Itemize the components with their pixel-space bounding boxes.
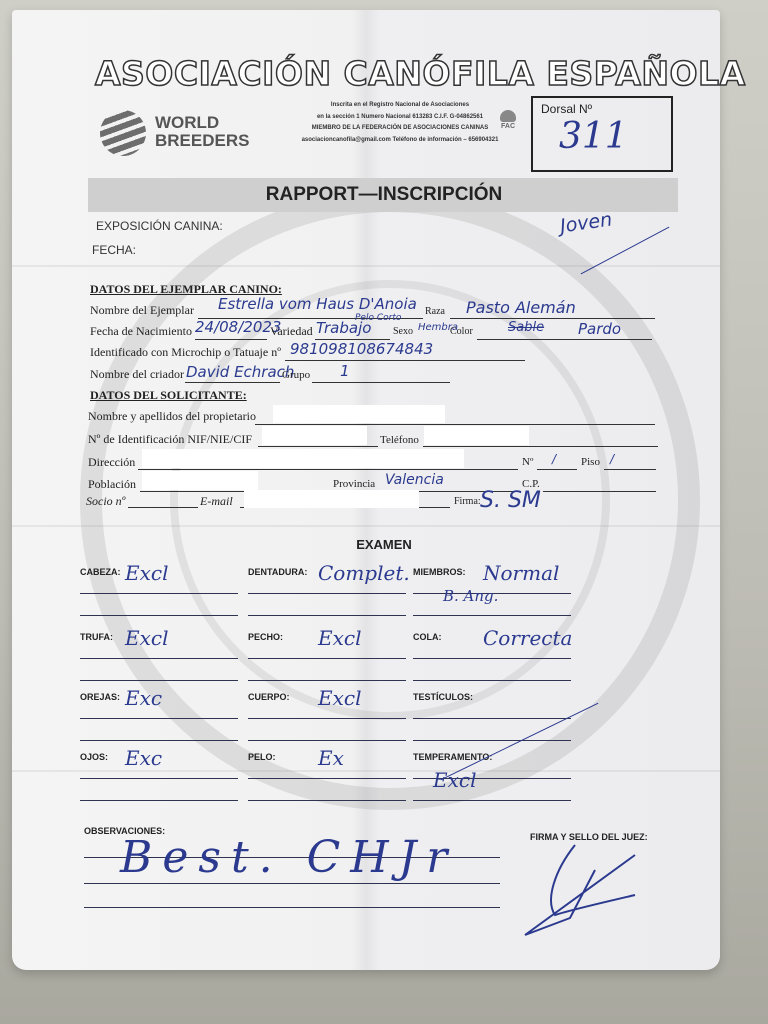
telefono-label: Teléfono bbox=[380, 434, 419, 446]
exam-line bbox=[80, 778, 238, 779]
exam-value[interactable]: Ex bbox=[318, 746, 344, 770]
exam-value[interactable]: Exc bbox=[125, 686, 162, 710]
exam-label: CUERPO: bbox=[248, 692, 290, 702]
email-redacted bbox=[244, 490, 419, 508]
field-line bbox=[543, 491, 656, 492]
exam-line bbox=[413, 740, 571, 741]
logo-line1: WORLD bbox=[155, 114, 249, 132]
exam-label: COLA: bbox=[413, 632, 442, 642]
criador-value[interactable]: David Echrach bbox=[186, 363, 294, 381]
field-line bbox=[195, 339, 267, 340]
applicant-section-title: DATOS DEL SOLICITANTE: bbox=[90, 388, 247, 403]
association-title: ASOCIACIÓN CANÓFILA ESPAÑOLA bbox=[95, 54, 746, 93]
field-line bbox=[537, 469, 577, 470]
field-line bbox=[423, 446, 658, 447]
firma-label: Firma: bbox=[454, 496, 481, 507]
email-label: E-mail bbox=[200, 494, 233, 509]
exam-line bbox=[248, 593, 406, 594]
field-line bbox=[255, 424, 655, 425]
numero-value[interactable]: / bbox=[552, 452, 556, 466]
nombre-ejemplar-label: Nombre del Ejemplar bbox=[90, 303, 194, 318]
raza-value[interactable]: Pasto Alemán bbox=[466, 298, 576, 317]
color-label: Color bbox=[450, 326, 473, 337]
exam-label: TESTÍCULOS: bbox=[413, 692, 473, 702]
dorsal-label: Dorsal Nº bbox=[541, 102, 592, 116]
raza-label: Raza bbox=[425, 306, 445, 317]
exam-line bbox=[248, 800, 406, 801]
exam-line bbox=[248, 740, 406, 741]
info-line: Inscrita en el Registro Nacional de Asoc… bbox=[290, 100, 510, 112]
fac-label: FAC bbox=[501, 123, 515, 130]
exam-value[interactable]: Excl bbox=[318, 686, 361, 710]
exam-line bbox=[248, 718, 406, 719]
piso-value[interactable]: / bbox=[610, 452, 614, 466]
exam-line bbox=[248, 658, 406, 659]
numero-label: Nº bbox=[522, 456, 533, 468]
exam-line bbox=[80, 718, 238, 719]
grupo-value[interactable]: 1 bbox=[340, 362, 350, 380]
form-title: RAPPORT—INSCRIPCIÓN bbox=[0, 184, 768, 206]
field-line bbox=[312, 382, 450, 383]
dorsal-number: 311 bbox=[559, 116, 628, 157]
exam-title: EXAMEN bbox=[0, 537, 768, 552]
microchip-label: Identificado con Microchip o Tatuaje nº bbox=[90, 345, 281, 360]
provincia-label: Provincia bbox=[333, 478, 375, 490]
fecha-label: FECHA: bbox=[92, 243, 136, 257]
exposicion-label: EXPOSICIÓN CANINA: bbox=[96, 219, 223, 233]
info-line: en la sección 1 Numero Nacional 613283 C… bbox=[290, 112, 510, 124]
variedad-label: Variedad bbox=[270, 324, 313, 339]
dorsal-box: Dorsal Nº 311 bbox=[531, 96, 673, 172]
exam-label: PELO: bbox=[248, 752, 276, 762]
sexo-label: Sexo bbox=[393, 326, 413, 337]
info-line: asociacioncanofila@gmail.com Teléfono de… bbox=[290, 135, 510, 147]
applicant-signature: S. SM bbox=[480, 488, 541, 513]
microchip-value[interactable]: 981098108674843 bbox=[290, 340, 433, 358]
logo-line2: BREEDERS bbox=[155, 132, 249, 150]
telefono-redacted bbox=[424, 426, 529, 445]
color-value[interactable]: Pardo bbox=[578, 320, 621, 338]
exam-label: TRUFA: bbox=[80, 632, 113, 642]
association-info: Inscrita en el Registro Nacional de Asoc… bbox=[290, 100, 510, 146]
piso-label: Piso bbox=[581, 456, 600, 468]
propietario-label: Nombre y apellidos del propietario bbox=[88, 409, 256, 424]
field-line bbox=[128, 507, 198, 508]
exam-label: OREJAS: bbox=[80, 692, 120, 702]
exam-value-secondary[interactable]: B. Ang. bbox=[443, 587, 498, 605]
exam-label: CABEZA: bbox=[80, 567, 121, 577]
exam-value[interactable]: Correcta bbox=[483, 626, 572, 650]
exam-value[interactable]: Normal bbox=[483, 561, 559, 585]
field-line bbox=[258, 446, 378, 447]
exam-value[interactable]: Exc bbox=[125, 746, 162, 770]
exam-line bbox=[80, 593, 238, 594]
poblacion-label: Población bbox=[88, 477, 136, 492]
exam-line bbox=[248, 680, 406, 681]
observaciones-value[interactable]: Best. CHJr bbox=[120, 832, 457, 883]
judge-signature bbox=[515, 840, 655, 940]
direccion-redacted bbox=[142, 449, 464, 468]
nacimiento-label: Fecha de Nacimiento bbox=[90, 324, 192, 339]
fac-dog-icon bbox=[500, 110, 516, 122]
exam-line bbox=[80, 658, 238, 659]
info-line: MIEMBRO DE LA FEDERACIÓN DE ASOCIACIONES… bbox=[290, 123, 510, 135]
nombre-ejemplar-value[interactable]: Estrella vom Haus D'Anoia bbox=[218, 295, 417, 313]
exam-line bbox=[413, 658, 571, 659]
provincia-value[interactable]: Valencia bbox=[385, 472, 444, 488]
exam-label: PECHO: bbox=[248, 632, 283, 642]
exam-line bbox=[413, 615, 571, 616]
exam-value[interactable]: Excl bbox=[125, 626, 168, 650]
exam-label: OJOS: bbox=[80, 752, 108, 762]
socio-label: Socio nº bbox=[86, 494, 125, 509]
exam-line bbox=[80, 615, 238, 616]
exam-line bbox=[413, 680, 571, 681]
exam-value[interactable]: Complet. bbox=[318, 561, 410, 585]
field-line bbox=[604, 469, 656, 470]
criador-label: Nombre del criador bbox=[90, 367, 184, 382]
nacimiento-value[interactable]: 24/08/2023 bbox=[195, 318, 281, 336]
fac-logo: FAC bbox=[500, 110, 516, 130]
field-line bbox=[185, 382, 280, 383]
exam-line bbox=[248, 615, 406, 616]
exam-line bbox=[80, 680, 238, 681]
direccion-label: Dirección bbox=[88, 455, 135, 470]
grupo-label: Grupo bbox=[282, 369, 310, 381]
exam-line bbox=[80, 800, 238, 801]
variedad-note: Pelo Corto bbox=[355, 313, 401, 323]
exam-label: DENTADURA: bbox=[248, 567, 307, 577]
field-line bbox=[477, 339, 652, 340]
propietario-redacted bbox=[273, 405, 445, 423]
exam-line bbox=[413, 800, 571, 801]
world-breeders-globe-icon bbox=[100, 110, 146, 156]
exam-line bbox=[413, 718, 571, 719]
field-line bbox=[450, 318, 655, 319]
exam-value[interactable]: Excl bbox=[125, 561, 168, 585]
field-line bbox=[285, 360, 525, 361]
nif-label: Nº de Identificación NIF/NIE/CIF bbox=[88, 432, 252, 447]
exam-value[interactable]: Excl bbox=[318, 626, 361, 650]
observaciones-line bbox=[84, 883, 500, 884]
poblacion-redacted bbox=[142, 471, 258, 490]
observaciones-line bbox=[84, 907, 500, 908]
world-breeders-logo: WORLD BREEDERS bbox=[155, 114, 249, 150]
exam-label: MIEMBROS: bbox=[413, 567, 466, 577]
color-value-struck: Sable bbox=[508, 320, 544, 335]
field-line bbox=[138, 469, 518, 470]
exam-line bbox=[80, 740, 238, 741]
exam-line bbox=[248, 778, 406, 779]
nif-redacted bbox=[262, 426, 367, 445]
